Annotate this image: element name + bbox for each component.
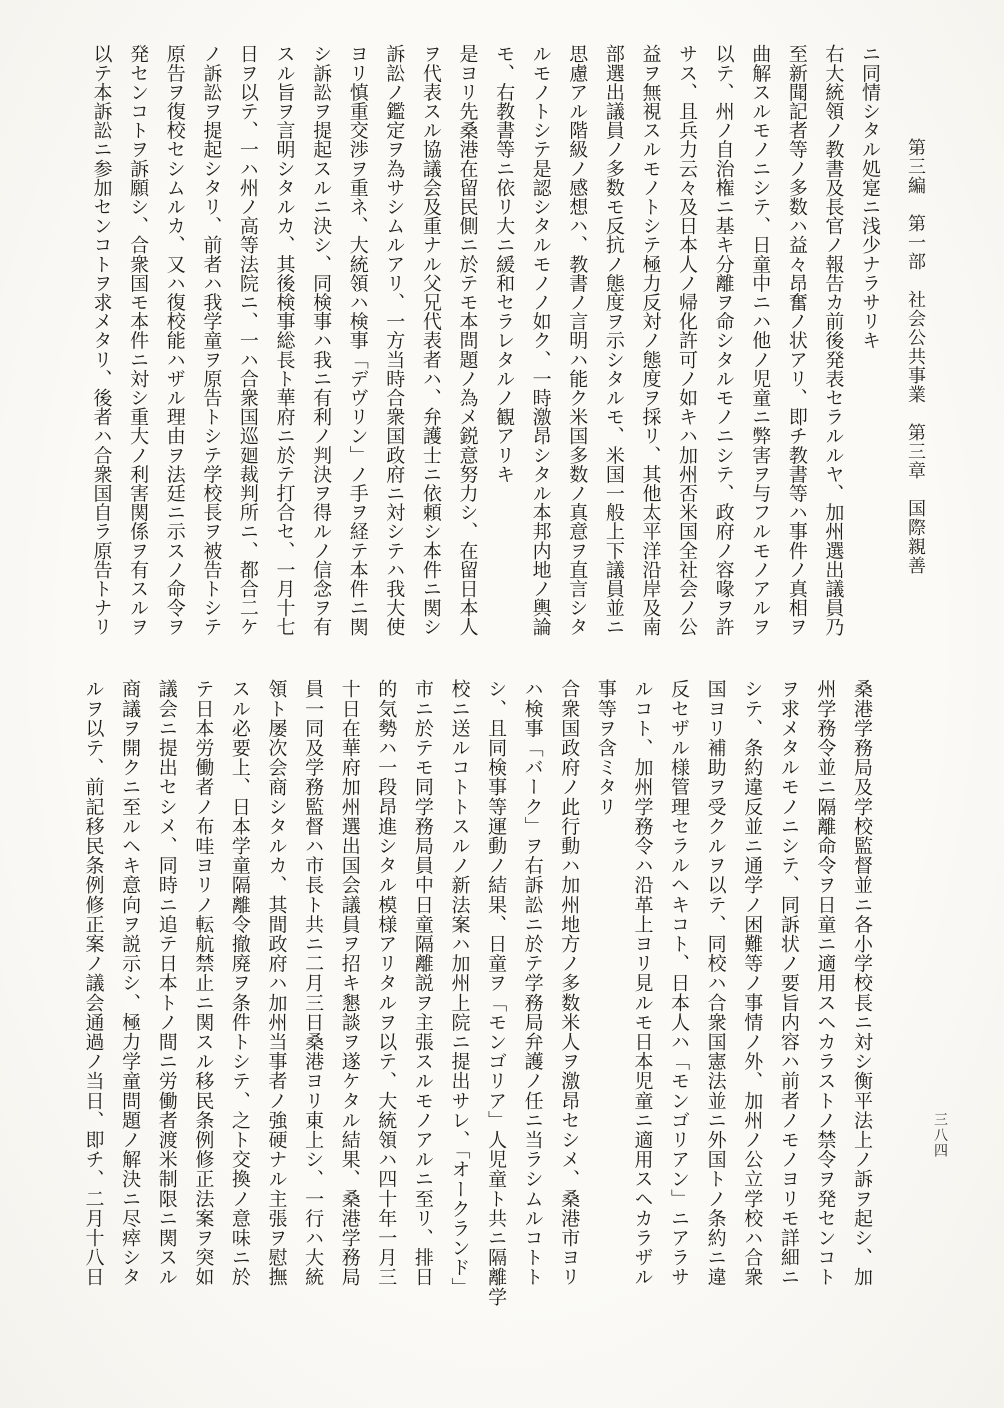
text-column-line: 十日在華府加州選出国会議員ヲ招キ懇談ヲ遂ケタル結果、桑港学務局 [331,679,368,1297]
text-column-line: 反セザル様管理セラルヘキコト、日本人ハ「モンゴリアン」ニアラサ [660,679,697,1297]
text-column-line: 的気勢ハ一段昂進シタル模様アリタルヲ以テ、大統領ハ四十年一月三 [368,679,405,1297]
text-column-line: シ、且同検事等運動ノ結果、日童ヲ「モンゴリア」人児童ト共ニ隔離学 [477,679,514,1297]
text-column-line: シ訴訟ヲ提起スルニ決シ、同検事ハ我ニ有利ノ判決ヲ得ルノ信念ヲ有 [303,44,340,638]
text-column-line: ルコト、加州学務令ハ沿革上ヨリ見ルモ日本児童ニ適用スヘカラザル [624,679,661,1297]
text-column-line: ニ同情シタル処寔ニ浅少ナラサリキ [851,44,888,638]
text-column-line: 日ヲ以テ、一ハ州ノ高等法院ニ、一ハ合衆国巡廻裁判所ニ、都合二ケ [229,44,266,638]
text-column-line: 発センコトヲ訴願シ、合衆国モ本件ニ対シ重大ノ利害関係ヲ有スルヲ [120,44,157,638]
text-column-line: 合衆国政府ノ此行動ハ加州地方ノ多数米人ヲ激昂セシメ、桑港市ヨリ [551,679,588,1297]
text-column-line: スル旨ヲ言明シタルカ、其後検事総長ト華府ニ於テ打合セ、一月十七 [266,44,303,638]
text-column-line: 至新聞記者等ノ多数ハ益々昂奮ノ状アリ、即チ教書等ハ事件ノ真相ヲ [778,44,815,638]
text-column-line: 訴訟ノ鑑定ヲ為サシムルアリ、一方当時合衆国政府ニ対シテハ我大使 [376,44,413,638]
text-column-line: ルモノトシテ是認シタルモノノ如ク、一時激昂シタル本邦内地ノ輿論 [522,44,559,638]
text-column-line: 右大統領ノ教書及長官ノ報告カ前後発表セラルルヤ、加州選出議員乃 [815,44,852,638]
text-column-line: 事等ヲ含ミタリ [587,679,624,1297]
text-column-line: スル必要上、日本学童隔離令撤廃ヲ条件トシテ、之ト交換ノ意味ニ於 [221,679,258,1297]
text-column-line: 商議ヲ開クニ至ルヘキ意向ヲ説示シ、極力学童問題ノ解決ニ尽瘁シタ [112,679,149,1297]
text-column-line: ヲ代表スル協議会及重ナル父兄代表者ハ、弁護士ニ依頼シ本件ニ関シ [412,44,449,638]
text-column-line: ヨリ慎重交渉ヲ重ネ、大統領ハ検事「デヴリン」ノ手ヲ経テ本件ニ関 [339,44,376,638]
text-column-line: 以テ、州ノ自治権ニ基キ分離ヲ命シタルモノニシテ、政府ノ容喙ヲ許 [705,44,742,638]
text-column-line: テ日本労働者ノ布哇ヨリノ転航禁止ニ関スル移民条例修正法案ヲ突如 [185,679,222,1297]
text-column-line: 桑港学務局及学校監督並ニ各小学校長ニ対シ衡平法上ノ訴ヲ起シ、加 [843,679,880,1297]
text-column-line: 市ニ於テモ同学務局員中日童隔離説ヲ主張スルモノアルニ至リ、排日 [404,679,441,1297]
text-column-line: 思慮アル階級ノ感想ハ、教書ノ言明ハ能ク米国多数ノ真意ヲ直言シタ [559,44,596,638]
text-column-line: 議会ニ提出セシメ、同時ニ追テ日本トノ間ニ労働者渡米制限ニ関スル [148,679,185,1297]
text-column-line: 益ヲ無視スルモノトシテ極力反対ノ態度ヲ採リ、其他太平洋沿岸及南 [632,44,669,638]
text-column-line: ルヲ以テ、前記移民条例修正案ノ議会通過ノ当日、即チ、二月十八日 [75,679,112,1297]
text-column-line: ヲ求メタルモノニシテ、同訴状ノ要旨内容ハ前者ノモノヨリモ詳細ニ [770,679,807,1297]
text-column-line: サス、且兵力云々及日本人ノ帰化許可ノ如キハ加州否米国全社会ノ公 [668,44,705,638]
upper-text-block: ニ同情シタル処寔ニ浅少ナラサリキ右大統領ノ教書及長官ノ報告カ前後発表セラルルヤ、… [83,44,888,638]
text-column-line: 州学務令並ニ隔離命令ヲ日童ニ適用スヘカラストノ禁令ヲ発センコト [807,679,844,1297]
running-head: 第三編 第一部 社会公共事業 第三章 国際親善 [902,138,928,575]
text-column-line: モ、右教書等ニ依リ大ニ緩和セラレタルノ観アリキ [485,44,522,638]
text-column-line: 原告ヲ復校セシムルカ、又ハ復校能ハザル理由ヲ法廷ニ示スノ命令ヲ [156,44,193,638]
page-number: 三八四 [930,1112,950,1159]
text-column-line: 領ト屡次会商シタルカ、其間政府ハ加州当事者ノ強硬ナル主張ヲ慰撫 [258,679,295,1297]
scanned-book-page: 第三編 第一部 社会公共事業 第三章 国際親善 ニ同情シタル処寔ニ浅少ナラサリキ… [0,0,1004,1408]
text-column-line: 曲解スルモノニシテ、日童中ニハ他ノ児童ニ弊害ヲ与フルモノアルヲ [742,44,779,638]
text-column-line: 部選出議員ノ多数モ反抗ノ態度ヲ示シタルモ、米国一般上下議員並ニ [595,44,632,638]
text-column-line: 以テ本訴訟ニ参加センコトヲ求メタリ、後者ハ合衆国自ラ原告トナリ [83,44,120,638]
text-column-line: ノ訴訟ヲ提起シタリ、前者ハ我学童ヲ原告トシテ学校長ヲ被告トシテ [193,44,230,638]
lower-text-block: 桑港学務局及学校監督並ニ各小学校長ニ対シ衡平法上ノ訴ヲ起シ、加州学務令並ニ隔離命… [75,679,880,1297]
text-column-line: 員一同及学務監督ハ市長ト共ニ二月三日桑港ヨリ東上シ、一行ハ大統 [295,679,332,1297]
text-column-line: 是ヨリ先桑港在留民側ニ於テモ本問題ノ為メ鋭意努力シ、在留日本人 [449,44,486,638]
text-column-line: 国ヨリ補助ヲ受クルヲ以テ、同校ハ合衆国憲法並ニ外国トノ条約ニ違 [697,679,734,1297]
text-column-line: シテ、条約違反並ニ通学ノ困難等ノ事情ノ外、加州ノ公立学校ハ合衆 [734,679,771,1297]
text-column-line: 校ニ送ルコトトスルノ新法案ハ加州上院ニ提出サレ、「オークランド」 [441,679,478,1297]
text-column-line: ハ検事「バーク」ヲ右訴訟ニ於テ学務局弁護ノ任ニ当ラシムルコトト [514,679,551,1297]
